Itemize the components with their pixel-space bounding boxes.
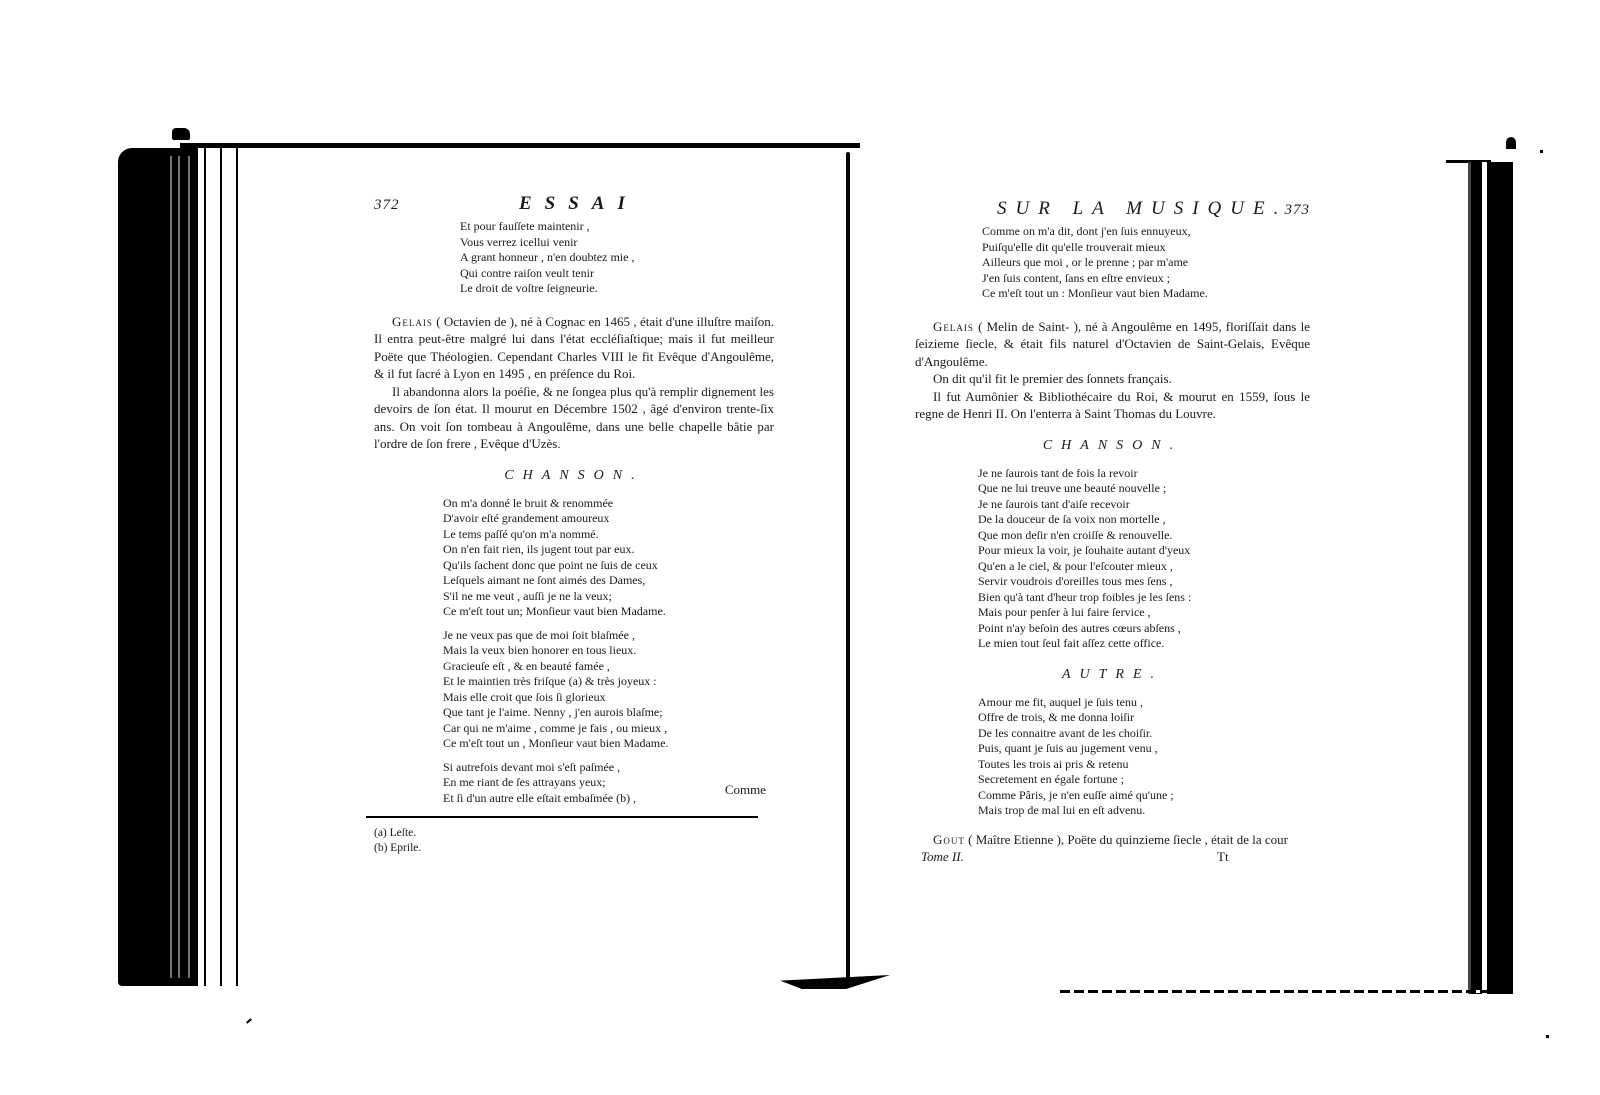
catchword: Comme [725,781,766,798]
verse-line: De les connaitre avant de les choiſir. [978,726,1310,742]
scan-speck [1546,1035,1549,1038]
verse-line: Car qui ne m'aime , comme je fais , ou m… [443,721,774,737]
book-right-cover [1487,162,1513,994]
verse-line: Puiſqu'elle dit qu'elle trouverait mieux [982,240,1310,256]
verse-line: Le droit de voſtre ſeigneurie. [460,281,774,297]
chanson-verse: Je ne ſaurois tant de fois la revoir Que… [978,466,1310,652]
scan-speck [246,1018,252,1023]
verse-line: Mais trop de mal lui en eſt advenu. [978,803,1310,819]
paragraph: Il fut Aumônier & Bibliothécaire du Roi,… [915,388,1310,423]
verse-line: Point n'ay beſoin des autres cœurs abſen… [978,621,1310,637]
page-number: 373 [1285,202,1311,219]
paragraph: Gelais ( Octavien de ), né à Cognac en 1… [374,313,774,383]
entry-name: Gelais [933,319,974,334]
verse-line: Si autrefois devant moi s'eſt paſmée , [443,760,774,776]
paragraph: On dit qu'il fit le premier des ſonnets … [915,370,1310,388]
page-number: 372 [374,197,400,214]
entry-gelais-octavien: Gelais ( Octavien de ), né à Cognac en 1… [374,313,774,453]
verse-line: Mais elle croit que ſois ſi glorieux [443,690,774,706]
book-top-edge [180,143,860,148]
opening-verse: Et pour fauſſete maintenir , Vous verrez… [460,219,774,297]
entry-name: Gelais [392,314,433,329]
verse-line: Le mien tout ſeul fait aſſez cette offic… [978,636,1310,652]
footnote-rule [366,816,758,818]
verse-line: Que mon deſir n'en croiſſe & renouvelle. [978,528,1310,544]
signature-mark: Tt [1217,848,1229,865]
section-title-autre: AUTRE. [915,666,1310,683]
book-bottom-edge [1060,990,1490,993]
verse-line: Que ne lui treuve une beauté nouvelle ; [978,481,1310,497]
running-head: SUR LA MUSIQUE. 373 [915,200,1310,224]
entry-gelais-melin: Gelais ( Melin de Saint- ), né à Angoulê… [915,318,1310,423]
footnote: (b) Eprile. [374,841,774,856]
entry-name: Gout [933,832,965,847]
right-page: SUR LA MUSIQUE. 373 Comme on m'a dit, do… [915,200,1310,866]
running-head: 372 ESSAI [374,195,774,219]
verse-line: J'en ſuis content, ſans en eſtre envieux… [982,271,1310,287]
verse-line: Ce m'eſt tout un , Monſieur vaut bien Ma… [443,736,774,752]
verse-line: Ce m'eſt tout un; Monſieur vaut bien Mad… [443,604,774,620]
scan-speck [1540,150,1543,153]
verse-line: Qu'ils ſachent donc que point ne ſuis de… [443,558,774,574]
verse-line: Secretement en égale fortune ; [978,772,1310,788]
verse-line: Et pour fauſſete maintenir , [460,219,774,235]
verse-line: De la douceur de ſa voix non mortelle , [978,512,1310,528]
entry-gout: Gout ( Maître Etienne ), Poëte du quinzi… [915,831,1310,849]
verse-line: A grant honneur , n'en doubtez mie , [460,250,774,266]
verse-line: Vous verrez icellui venir [460,235,774,251]
verse-line: Je ne ſaurois tant d'aiſe recevoir [978,497,1310,513]
verse-line: Je ne ſaurois tant de fois la revoir [978,466,1310,482]
book-gutter [846,152,850,982]
verse-line: Comme on m'a dit, dont j'en ſuis ennuyeu… [982,224,1310,240]
verse-line: Et le maintien très friſque (a) & très j… [443,674,774,690]
footnotes: (a) Leſte. (b) Eprile. [374,826,774,856]
book-clasp-left [172,128,190,140]
verse-line: Amour me fit, auquel je ſuis tenu , [978,695,1310,711]
left-page: 372 ESSAI Et pour fauſſete maintenir , V… [374,195,774,856]
verse-line: Comme Pâris, je n'en euſſe aimé qu'une ; [978,788,1310,804]
verse-line: Leſquels aimant ne ſont aimés des Dames, [443,573,774,589]
autre-verse: Amour me fit, auquel je ſuis tenu , Offr… [978,695,1310,819]
verse-line: Ce m'eſt tout un : Monſieur vaut bien Ma… [982,286,1310,302]
book-left-cover [118,148,198,986]
verse-line: Que tant je l'aime. Nenny , j'en aurois … [443,705,774,721]
page-footer: Tome II. Tt [915,848,1310,866]
verse-line: Pour mieux la voir, je ſouhaite autant d… [978,543,1310,559]
section-title-chanson: CHANSON. [374,467,774,484]
section-title-chanson: CHANSON. [915,437,1310,454]
book-left-page-edges [198,148,240,986]
verse-line: S'il ne me veut , auſſi je ne la veux; [443,589,774,605]
chanson-stanza-1: On m'a donné le bruit & renommée D'avoir… [443,496,774,620]
verse-line: Je ne veux pas que de moi ſoit blaſmée , [443,628,774,644]
verse-line: On m'a donné le bruit & renommée [443,496,774,512]
verse-line: Toutes les trois ai pris & retenu [978,757,1310,773]
verse-line: D'avoir eſté grandement amoureux [443,511,774,527]
book-gutter-foot [780,975,890,989]
verse-line: Qui contre raiſon veult tenir [460,266,774,282]
verse-line: Ailleurs que moi , or le prenne ; par m'… [982,255,1310,271]
verse-line: Puis, quant je ſuis au jugement venu , [978,741,1310,757]
verse-line: Offre de trois, & me donna loiſir [978,710,1310,726]
chanson-stanza-2: Je ne veux pas que de moi ſoit blaſmée ,… [443,628,774,752]
footnote: (a) Leſte. [374,826,774,841]
verse-line: Bien qu'à tant d'heur trop foibles je le… [978,590,1310,606]
running-title: ESSAI [519,195,638,212]
verse-line: Qu'en a le ciel, & pour l'eſcouter mieux… [978,559,1310,575]
verse-line: Gracieuſe eſt , & en beauté famée , [443,659,774,675]
volume-label: Tome II. [921,848,964,865]
verse-line: Le tems paſſé qu'on m'a nommé. [443,527,774,543]
paragraph: Gout ( Maître Etienne ), Poëte du quinzi… [915,831,1310,849]
book-clasp-right [1506,137,1516,149]
running-title: SUR LA MUSIQUE. [997,200,1287,217]
paragraph: Gelais ( Melin de Saint- ), né à Angoulê… [915,318,1310,371]
verse-line: Mais la veux bien honorer en tous lieux. [443,643,774,659]
verse-line: On n'en fait rien, ils jugent tout par e… [443,542,774,558]
verse-line: Servir voudrois d'oreilles tous mes ſens… [978,574,1310,590]
verse-line: Mais pour penſer à lui faire ſervice , [978,605,1310,621]
paragraph: Il abandonna alors la poéſie, & ne ſonge… [374,383,774,453]
opening-verse: Comme on m'a dit, dont j'en ſuis ennuyeu… [982,224,1310,302]
